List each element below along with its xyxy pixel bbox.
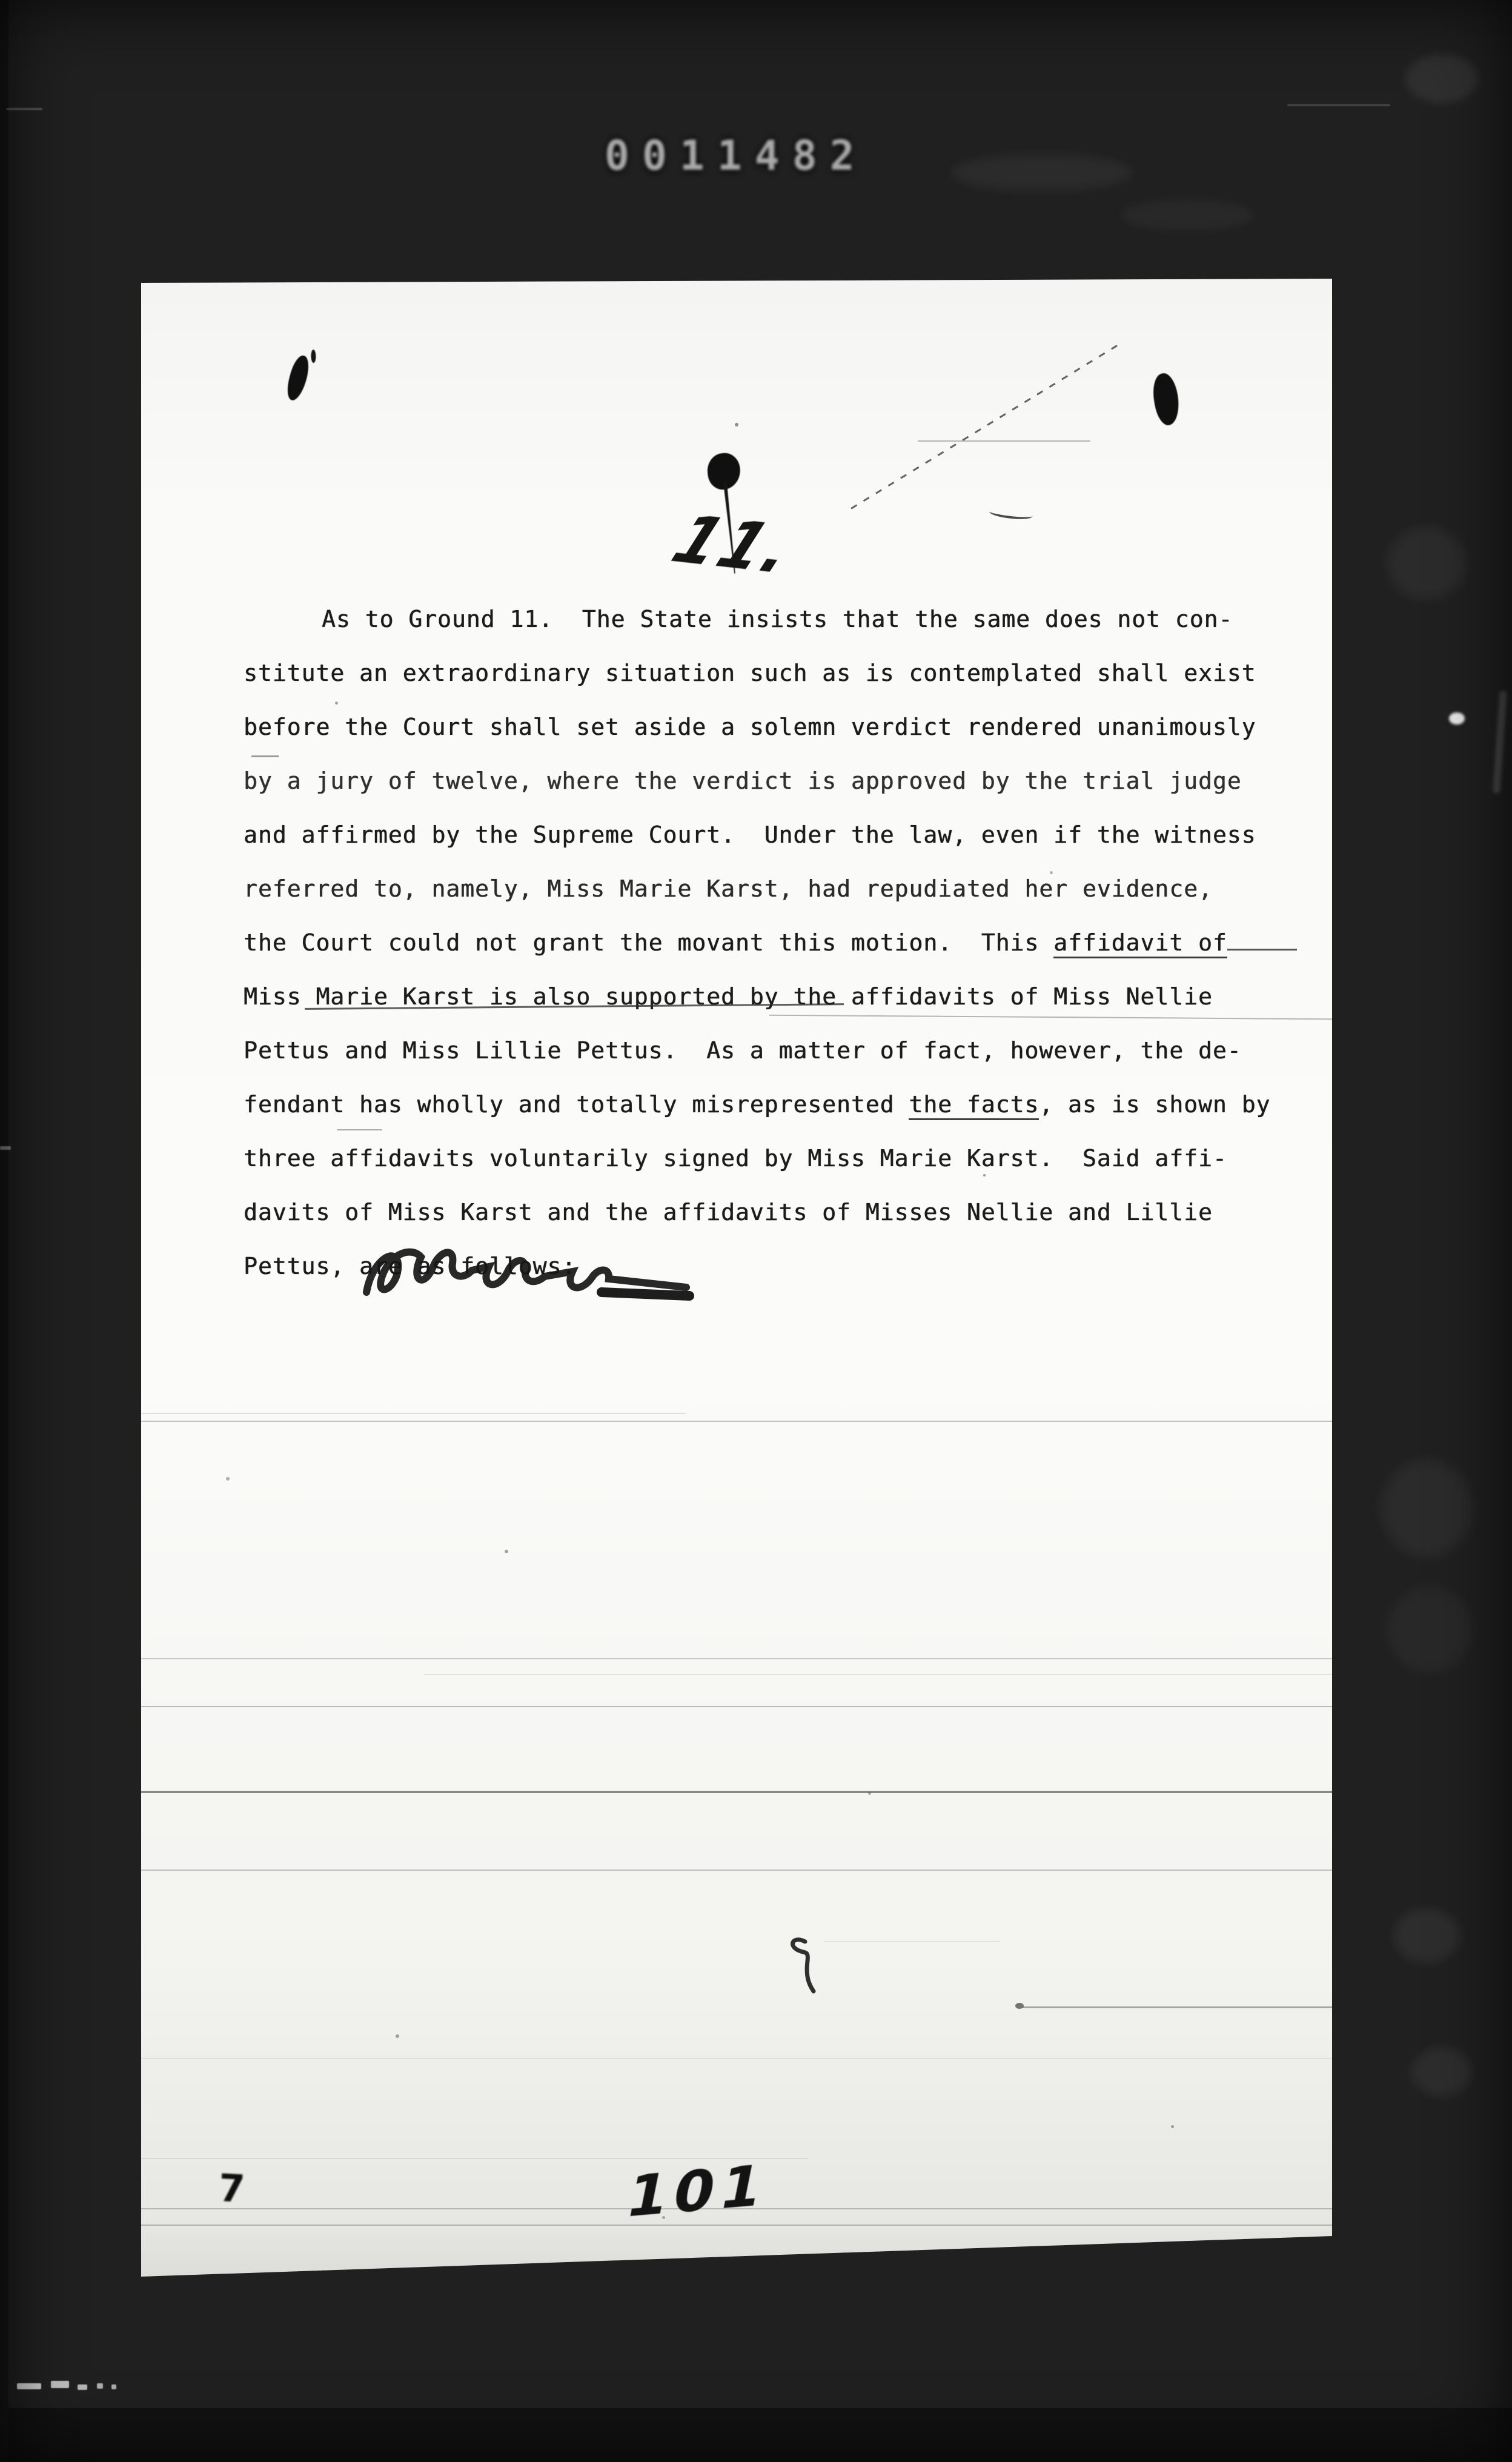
film-edge-band [0,2408,1512,2462]
edge-marking [111,2384,116,2389]
typed-line: by a jury of twelve, where the verdict i… [244,754,1285,808]
edge-marking [0,1146,11,1150]
scratch-line [141,1870,1332,1871]
typed-line: stitute an extraordinary situation such … [244,646,1285,700]
typed-text: , as is shown by [1039,1091,1270,1118]
scratch-line [1023,2006,1332,2008]
typed-text: referred to, namely, Miss Marie Karst, h… [244,875,1213,902]
handwritten-mark [784,1934,827,1995]
diagonal-scratch [850,342,1122,509]
scratch-line [424,1674,1332,1675]
edge-marking [51,2381,69,2388]
handwritten-section-number: 11. [655,502,817,588]
edge-marking [6,108,42,110]
page-speck [226,1477,230,1481]
scratch-line [141,1413,686,1414]
ghost-smudge [1393,1908,1460,1963]
ghost-smudge [1411,2048,1472,2096]
document-page: 11. As to Ground 11. The State insists t… [141,277,1332,2278]
edge-marking [97,2383,103,2389]
typed-text: the Court could not grant the movant thi… [244,929,1053,956]
page-speck [396,2034,399,2038]
handwritten-scrawl [359,1219,711,1316]
ghost-smudge [1381,1460,1472,1557]
scratch-line [141,2059,1332,2059]
typed-line: and affirmed by the Supreme Court. Under… [244,808,1285,862]
typed-line: three affidavits voluntarily signed by M… [244,1132,1285,1186]
page-speck [1171,2125,1174,2128]
film-edge-squiggle [1493,691,1507,794]
page-speck [735,423,738,426]
scratch-line [141,1791,1332,1793]
typed-text: fendant has wholly and totally misrepres… [244,1091,909,1118]
film-edge-band [0,0,8,2462]
typed-text: As to Ground 11. The State insists that … [322,606,1233,632]
scratch-line [141,1706,1332,1707]
page-speck [1015,2003,1024,2009]
typed-text: Pettus and Miss Lillie Pettus. As a matt… [244,1037,1242,1064]
underlined-text: the facts [909,1091,1039,1120]
ink-mark-seven: 7 [217,2166,246,2211]
ink-blob [1150,371,1182,426]
underlined-text: affidavit of [1053,929,1227,958]
scratch-line [141,1658,1332,1659]
handwritten-page-number: 101 [621,2152,774,2230]
typed-line: referred to, namely, Miss Marie Karst, h… [244,862,1285,916]
typed-line: fendant has wholly and totally misrepres… [244,1078,1285,1132]
typed-line: the Court could not grant the movant thi… [244,916,1285,970]
microfilm-frame: 0011482 11. As to G [0,0,1512,2462]
edge-marking [78,2384,87,2390]
scratch-line [918,440,1090,442]
ink-blob [284,354,312,403]
ghost-smudge [1387,527,1466,600]
scratch-line [141,1421,1332,1422]
scratch-line [141,2225,1332,2226]
typed-text: before the Court shall set aside a solem… [244,714,1256,740]
pen-underline-extension [1227,926,1297,951]
typed-text: and affirmed by the Supreme Court. Under… [244,821,1256,848]
ghost-smudge [1121,200,1254,230]
typed-line: Miss Marie Karst is also supported by th… [244,970,1285,1024]
typed-line: As to Ground 11. The State insists that … [244,592,1285,646]
typed-paragraph: As to Ground 11. The State insists that … [244,592,1285,1293]
edge-marking [17,2383,41,2389]
typed-line: Pettus and Miss Lillie Pettus. As a matt… [244,1024,1285,1078]
bright-spot [1449,712,1465,725]
page-speck [505,1550,508,1553]
ghost-smudge [1405,55,1478,103]
pen-dash-mark [337,1129,382,1130]
typed-text: three affidavits voluntarily signed by M… [244,1145,1227,1172]
typed-text: stitute an extraordinary situation such … [244,660,1256,686]
typed-line: before the Court shall set aside a solem… [244,700,1285,754]
edge-marking [1287,104,1390,106]
pen-curve-mark [989,506,1033,522]
pen-underline-mark [251,755,279,757]
ink-blob-with-drip [706,451,742,491]
scratch-line [824,1942,1000,1942]
typed-text: by a jury of twelve, where the verdict i… [244,768,1242,794]
stamp-number: 0011482 [605,132,867,180]
ghost-smudge [1387,1587,1472,1672]
ghost-smudge [951,154,1133,191]
